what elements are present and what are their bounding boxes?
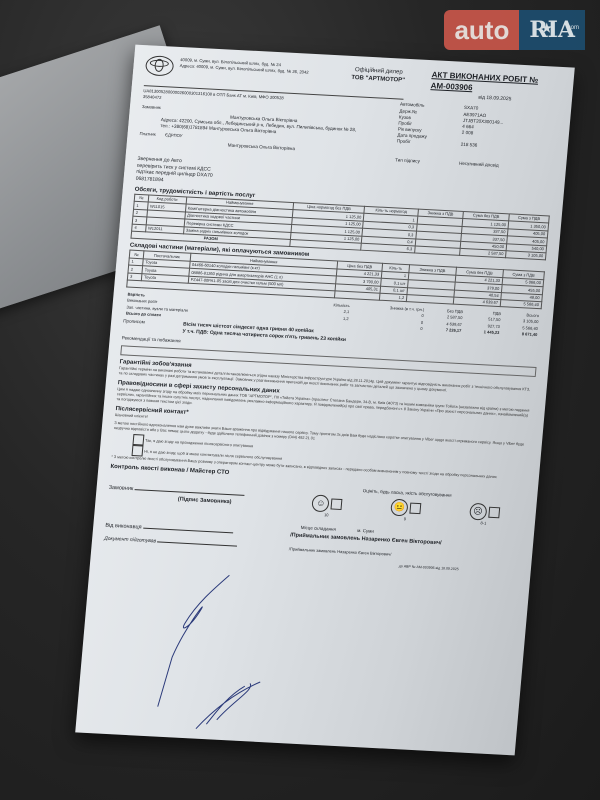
rating-checkbox[interactable] [488,507,500,519]
consent-yes-checkbox[interactable] [132,434,144,446]
rating-option: 😐9 [390,499,422,523]
services-total-no-vat: 2 587,50 [460,248,507,258]
customer-label: Замовник [142,104,161,110]
star-icon: ★ [541,10,552,48]
parts-total-no-vat: 4 639,67 [453,297,501,307]
handwritten-signature-icon [145,567,300,744]
payer-name: Мантуровська Ольга Вікторівна [139,138,384,157]
executor-signature-line [143,527,233,533]
dealer-line2: ТОВ "АРТМОТОР" [351,75,405,84]
words-label: Прописом [122,318,183,335]
master-value: Негативний досвід [459,160,554,171]
prepared-signature-line [157,541,237,546]
rating-checkbox[interactable] [409,503,421,515]
due-vat: 1 445,23 [463,328,502,336]
rating-score: 9 [390,516,420,523]
rating-score: 10 [311,512,341,519]
rating-score: 8-1 [468,520,498,527]
happy-face-icon: ☺ [312,495,330,513]
dealer-block: Офіційний дилер ТОВ "АРТМОТОР" [332,65,424,98]
prepared-name: /Приймальник замовлень Назаренко Євген В… [289,546,392,557]
services-total-with-vat: 3 105,00 [506,251,546,260]
master-label: Тип підпису [395,157,455,166]
consent-no-checkbox[interactable] [132,445,144,457]
toyota-logo-icon [145,55,175,76]
act-document: 40009, м. Суми, вул. Білопільський шлях,… [75,45,575,756]
watermark-domain: .com [566,10,579,48]
payer-label: Платник [139,131,156,137]
vehicle-info: АвтомобільSXA70Держ.№АЕ3971АОКузовJTJBT2… [383,101,559,171]
watermark-ria-text: ★ RIA .com [519,10,585,50]
prepared-label: Документ підготував [104,536,156,545]
neutral-face-icon: 😐 [390,499,408,517]
rating-option: ☹8-1 [468,503,500,527]
rating-option: ☺10 [311,495,343,519]
payer-code: ЄДРПОУ [165,133,183,139]
parts-total-qty: 1,2 [379,293,407,302]
executor-label: Від виконавця [105,522,142,530]
due-no-vat: 7 226,17 [424,326,463,334]
rating-checkbox[interactable] [331,499,343,511]
parts-total-with-vat: 5 566,40 [500,300,542,310]
watermark-auto-text: auto [444,10,519,50]
services-total-hours: 6,3 [361,243,415,253]
place-label: Місце складання [301,524,337,531]
place-value: м. Суми [357,527,374,533]
autoria-watermark: auto ★ RIA .com [444,10,585,50]
sad-face-icon: ☹ [469,503,487,521]
customer-sign-label: Замовник [108,485,133,492]
due-total: 8 671,40 [501,330,540,338]
